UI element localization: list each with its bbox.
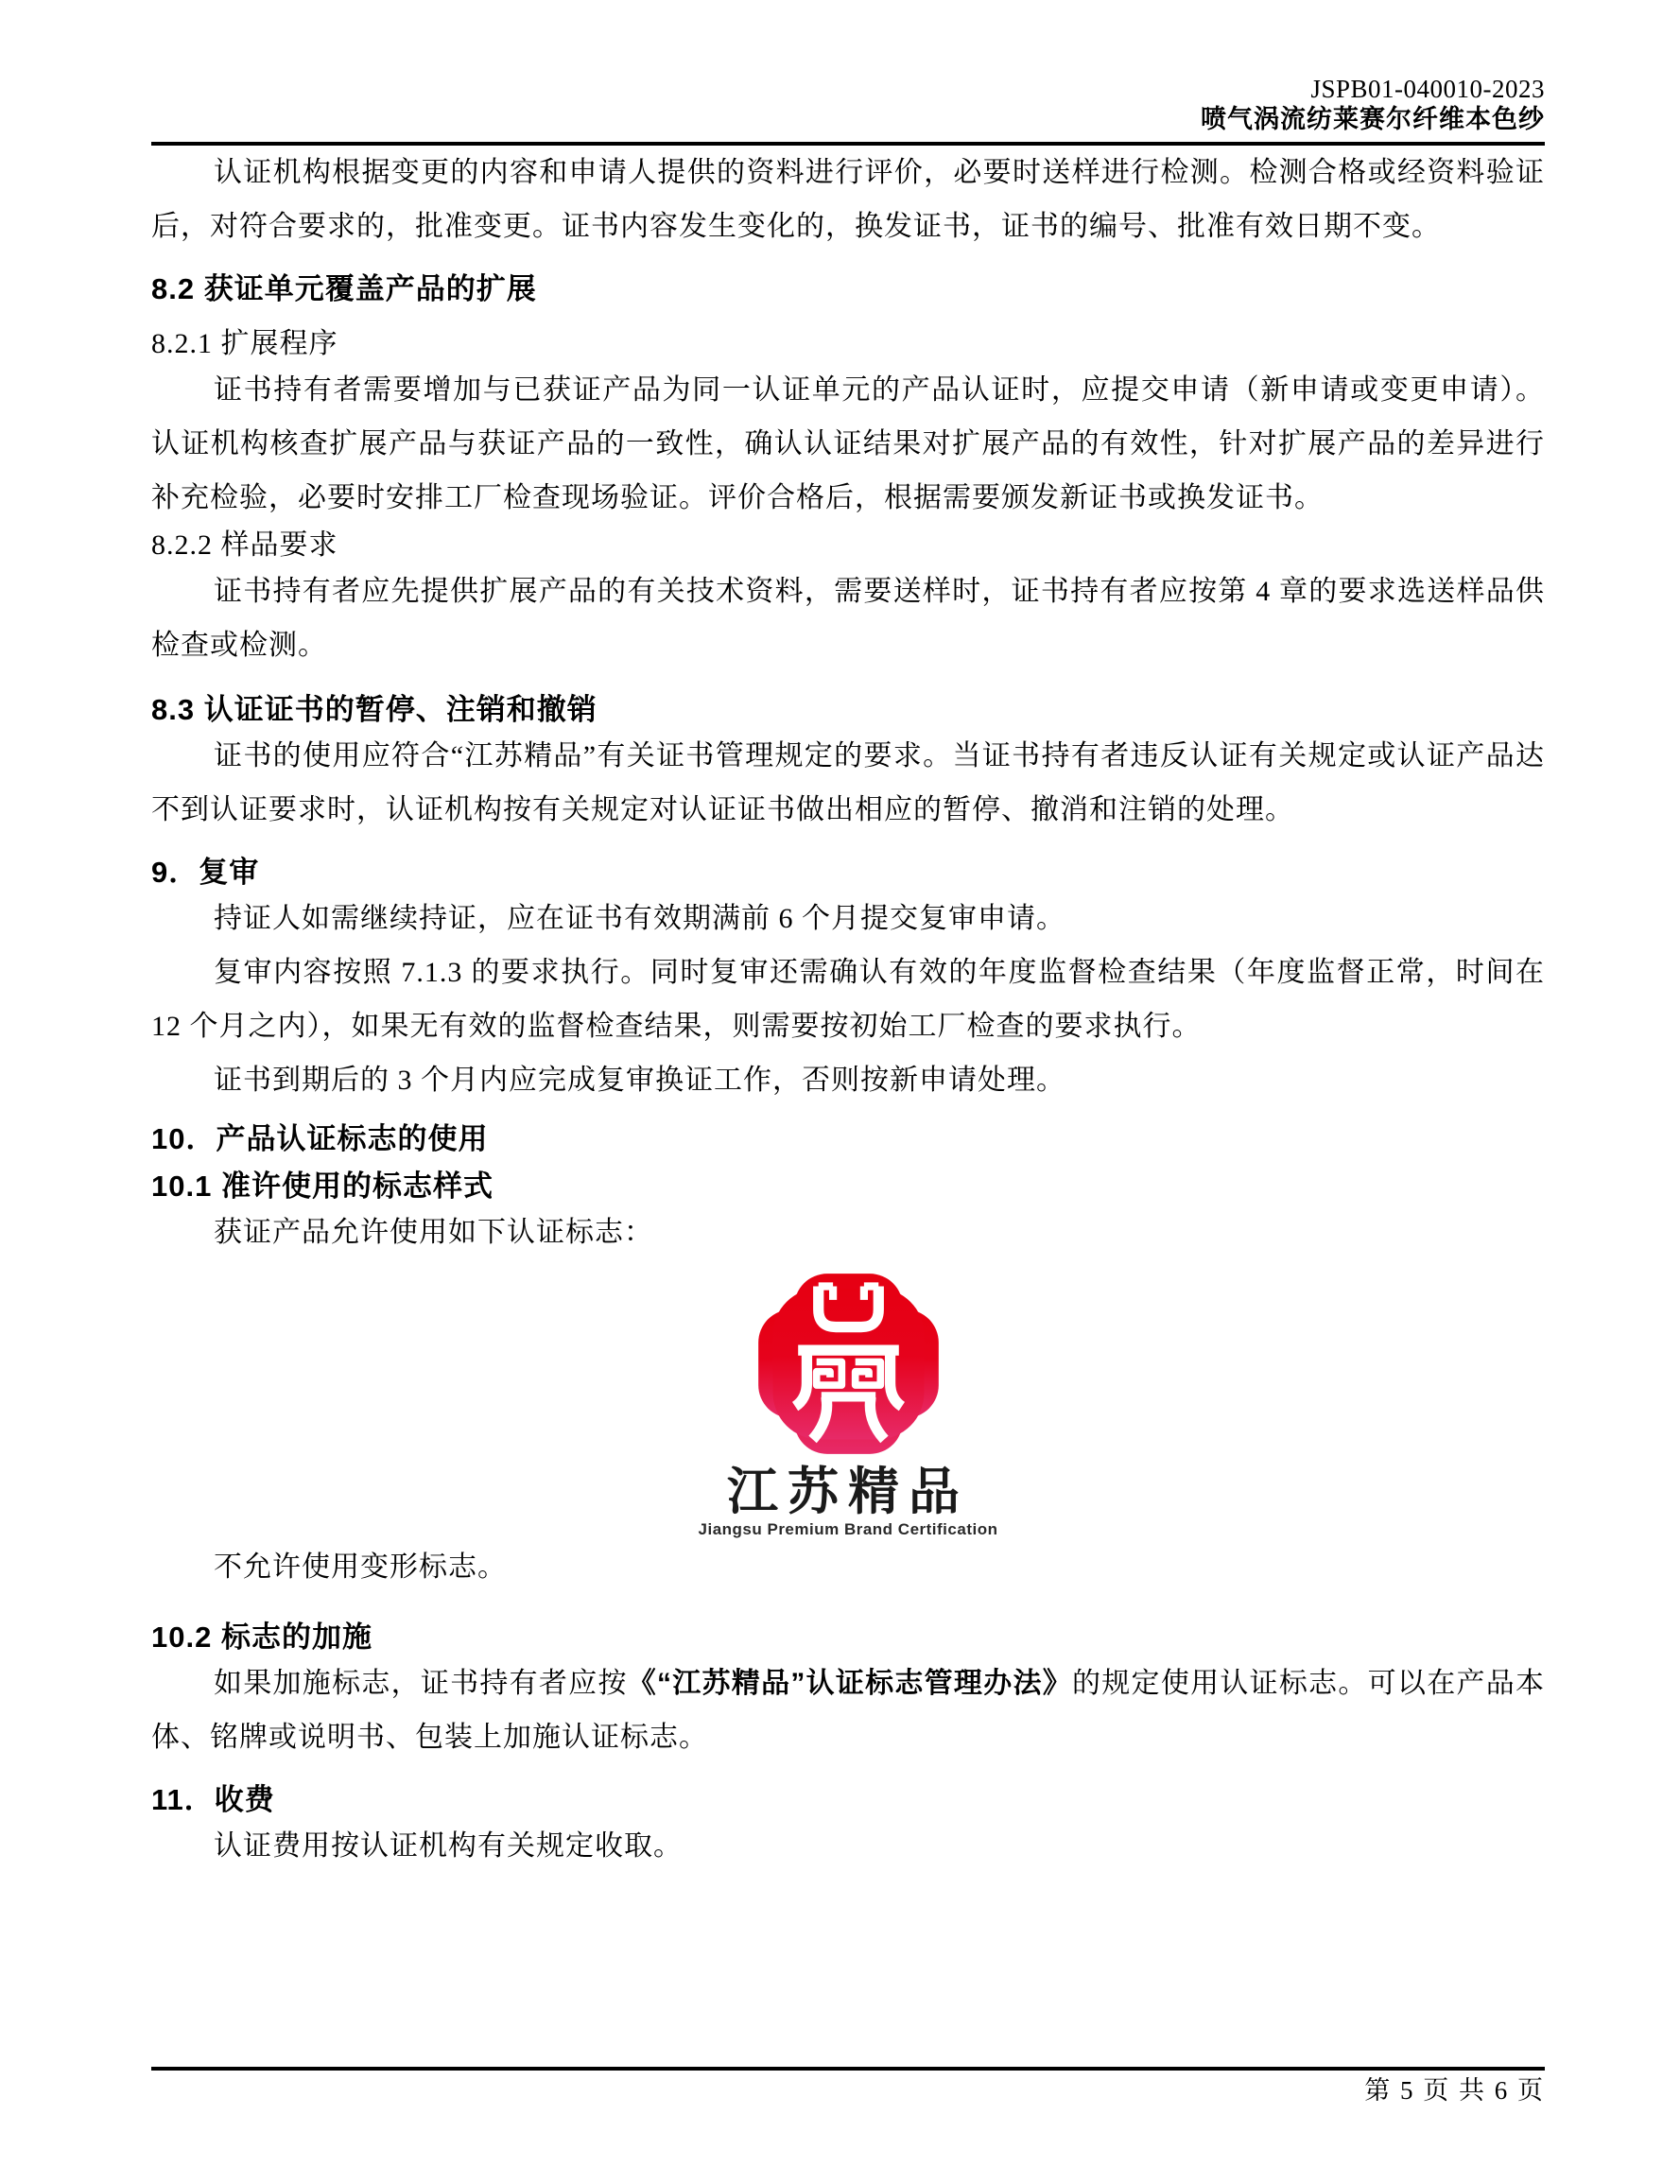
- paragraph-10-2-booktitle: 《“江苏精品”认证标志管理办法》: [628, 1668, 1072, 1699]
- logo-title-cn: 江苏精品: [151, 1465, 1545, 1519]
- footer-page-number: 第 5 页 共 6 页: [151, 2074, 1545, 2106]
- paragraph-intro: 认证机构根据变更的内容和申请人提供的资料进行评价，必要时送样进行检测。检测合格或…: [151, 146, 1545, 253]
- paragraph-11: 认证费用按认证机构有关规定收取。: [151, 1819, 1545, 1873]
- heading-10-1: 10.1 准许使用的标志样式: [151, 1168, 1545, 1205]
- heading-11: 11．收费: [151, 1781, 1545, 1819]
- paragraph-10-2-pre: 如果加施标志，证书持有者应按: [214, 1668, 628, 1699]
- header-doc-title: 喷气涡流纺莱赛尔纤维本色纱: [151, 104, 1545, 134]
- heading-8-2-2: 8.2.2 样品要求: [151, 527, 1545, 564]
- heading-8-2-1: 8.2.1 扩展程序: [151, 325, 1545, 363]
- paragraph-8-2-1: 证书持有者需要增加与已获证产品为同一认证单元的产品认证时，应提交申请（新申请或变…: [151, 363, 1545, 525]
- page-footer: 第 5 页 共 6 页: [151, 2067, 1545, 2106]
- page-header: JSPB01-040010-2023 喷气涡流纺莱赛尔纤维本色纱: [151, 74, 1545, 146]
- jiangsu-premium-brand-logo-icon: [752, 1267, 945, 1461]
- document-page: JSPB01-040010-2023 喷气涡流纺莱赛尔纤维本色纱 认证机构根据变…: [0, 0, 1680, 2184]
- paragraph-8-3: 证书的使用应符合“江苏精品”有关证书管理规定的要求。当证书持有者违反认证有关规定…: [151, 729, 1545, 837]
- heading-8-2: 8.2 获证单元覆盖产品的扩展: [151, 270, 1545, 308]
- paragraph-8-2-2: 证书持有者应先提供扩展产品的有关技术资料，需要送样时，证书持有者应按第 4 章的…: [151, 564, 1545, 672]
- heading-8-3: 8.3 认证证书的暂停、注销和撤销: [151, 691, 1545, 729]
- paragraph-9-3: 证书到期后的 3 个月内应完成复审换证工作，否则按新申请处理。: [151, 1053, 1545, 1107]
- heading-10: 10．产品认证标志的使用: [151, 1120, 1545, 1158]
- paragraph-10-2: 如果加施标志，证书持有者应按《“江苏精品”认证标志管理办法》的规定使用认证标志。…: [151, 1656, 1545, 1764]
- certification-mark: 江苏精品 Jiangsu Premium Brand Certification: [151, 1267, 1545, 1540]
- paragraph-9-1: 持证人如需继续持证，应在证书有效期满前 6 个月提交复审申请。: [151, 892, 1545, 945]
- paragraph-9-2: 复审内容按照 7.1.3 的要求执行。同时复审还需确认有效的年度监督检查结果（年…: [151, 945, 1545, 1053]
- header-doc-code: JSPB01-040010-2023: [151, 74, 1545, 104]
- heading-9: 9．复审: [151, 854, 1545, 892]
- paragraph-10-1: 获证产品允许使用如下认证标志：: [151, 1205, 1545, 1259]
- heading-10-2: 10.2 标志的加施: [151, 1619, 1545, 1656]
- logo-subtitle-en: Jiangsu Premium Brand Certification: [151, 1519, 1545, 1540]
- paragraph-no-deform: 不允许使用变形标志。: [151, 1540, 1545, 1594]
